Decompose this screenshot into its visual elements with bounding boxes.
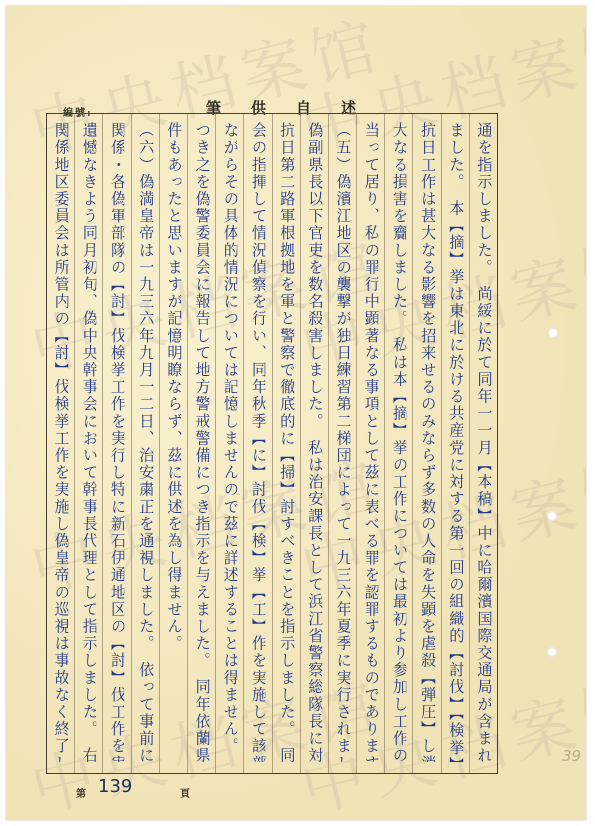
handwritten-text: 遺憾なきよう同月初旬、偽中央幹事会において幹事長代理として指示しました。 右に依… <box>81 122 97 762</box>
handwritten-text: 関係地区委員会は所管内の【討】伐検挙工作を実施し偽皇帝の巡視は事故なく終了しま <box>53 122 69 762</box>
archive-number: 39 <box>562 747 581 765</box>
handwritten-text: （六）偽満皇帝は一九三六年九月一二日、治安粛正を通視しました。 依って事前に治安… <box>137 122 153 762</box>
manuscript-column: ました。 本【摘】挙は東北に於ける共産党に対する第一回の組織的【討伐】【検挙】と… <box>441 114 469 773</box>
page-suffix: 頁 <box>180 785 190 800</box>
manuscript-column: 当って居り、私の罪行中顕著なる事項として茲に表べる罪を認罪するものであります。 <box>356 114 384 773</box>
handwritten-text: 会の指揮して情況偵察を行い、同年秋季【に】討伐【検】挙【工】作を実施して該部隊を… <box>250 122 266 762</box>
manuscript-column: つき之を偽警委員会に報告して地方警戒警備につき指示を与えました。 同年依蘭県城の… <box>187 114 215 773</box>
manuscript-column: （五）偽濱江地区の襲撃が独日練習第二梯団によって一九三六年夏季に実行されました。… <box>328 114 356 773</box>
manuscript-column: 関係・各偽軍部隊の【討】伐検挙工作を実行し特に新石伊通地区の【討】伐工作を実施し… <box>102 114 130 773</box>
binding-hole <box>547 647 557 657</box>
manuscript-column: 抗日工作は甚大なる影響を招来せるのみならず多数の人命を失顕を虐殺【弾圧】し消耗せ… <box>412 114 440 773</box>
binding-hole <box>548 328 558 338</box>
manuscript-column: ながらその具体的情況については記憶しませんので茲に詳述することは得ません。 又当… <box>215 114 243 773</box>
manuscript-column: 通を指示しました。 尚綏に於て同年一一月【本稿】中に哈爾濱国際交通局が含まれあり… <box>469 114 497 773</box>
document-page: 中央档案馆 中央档案馆 中央档案馆 中央档案馆 中央档案馆 中央档案馆 中央档案… <box>6 6 586 820</box>
handwritten-text: 関係・各偽軍部隊の【討】伐検挙工作を実行し特に新石伊通地区の【討】伐工作を実施し… <box>109 122 125 762</box>
manuscript-column: 関係地区委員会は所管内の【討】伐検挙工作を実施し偽皇帝の巡視は事故なく終了しま <box>47 114 74 773</box>
manuscript-column: 偽副県長以下官吏を数名殺害しました。 私は治安課長として浜江省警察総隊長に対し、… <box>300 114 328 773</box>
handwritten-text: 通を指示しました。 尚綏に於て同年一一月【本稿】中に哈爾濱国際交通局が含まれあり… <box>476 122 492 762</box>
page-prefix: 第 <box>76 785 86 800</box>
handwritten-text: 抗日工作は甚大なる影響を招来せるのみならず多数の人命を失顕を虐殺【弾圧】し消耗せ… <box>419 122 435 762</box>
manuscript-column: 抗日第二路軍根拠地を軍と警察で徹底的に【掃】討すべきことを指示しました。 同合隊… <box>272 114 300 773</box>
manuscript-column: 大なる損害を齎しました。 私は本【摘】挙の工作については最初より参加し工作の主謀… <box>384 114 412 773</box>
manuscript-column: （六）偽満皇帝は一九三六年九月一二日、治安粛正を通視しました。 依って事前に治安… <box>131 114 159 773</box>
handwritten-text: 当って居り、私の罪行中顕著なる事項として茲に表べる罪を認罪するものであります。 <box>363 122 379 762</box>
manuscript-grid: 通を指示しました。 尚綏に於て同年一一月【本稿】中に哈爾濱国際交通局が含まれあり… <box>46 113 498 774</box>
manuscript-column: 遺憾なきよう同月初旬、偽中央幹事会において幹事長代理として指示しました。 右に依… <box>74 114 102 773</box>
handwritten-text: 大なる損害を齎しました。 私は本【摘】挙の工作については最初より参加し工作の主謀… <box>391 122 407 762</box>
handwritten-text: 偽副県長以下官吏を数名殺害しました。 私は治安課長として浜江省警察総隊長に対し、… <box>307 122 323 762</box>
handwritten-text: ながらその具体的情況については記憶しませんので茲に詳述することは得ません。 又当… <box>222 122 238 762</box>
binding-hole <box>547 511 557 521</box>
handwritten-text: ました。 本【摘】挙は東北に於ける共産党に対する第一回の組織的【討伐】【検挙】と… <box>447 122 463 762</box>
handwritten-text: （五）偽濱江地区の襲撃が独日練習第二梯団によって一九三六年夏季に実行されました。… <box>335 122 351 762</box>
handwritten-text: つき之を偽警委員会に報告して地方警戒警備につき指示を与えました。 同年依蘭県城の… <box>194 122 210 762</box>
manuscript-column: 会の指揮して情況偵察を行い、同年秋季【に】討伐【検】挙【工】作を実施して該部隊を… <box>243 114 271 773</box>
handwritten-text: 件もあったと思いますが記憶明瞭ならず、茲に供述を為し得ません。 <box>166 122 182 762</box>
manuscript-column: 件もあったと思いますが記憶明瞭ならず、茲に供述を為し得ません。 <box>159 114 187 773</box>
page-number: 139 <box>98 776 132 797</box>
handwritten-text: 抗日第二路軍根拠地を軍と警察で徹底的に【掃】討すべきことを指示しました。 同合隊… <box>278 122 294 762</box>
